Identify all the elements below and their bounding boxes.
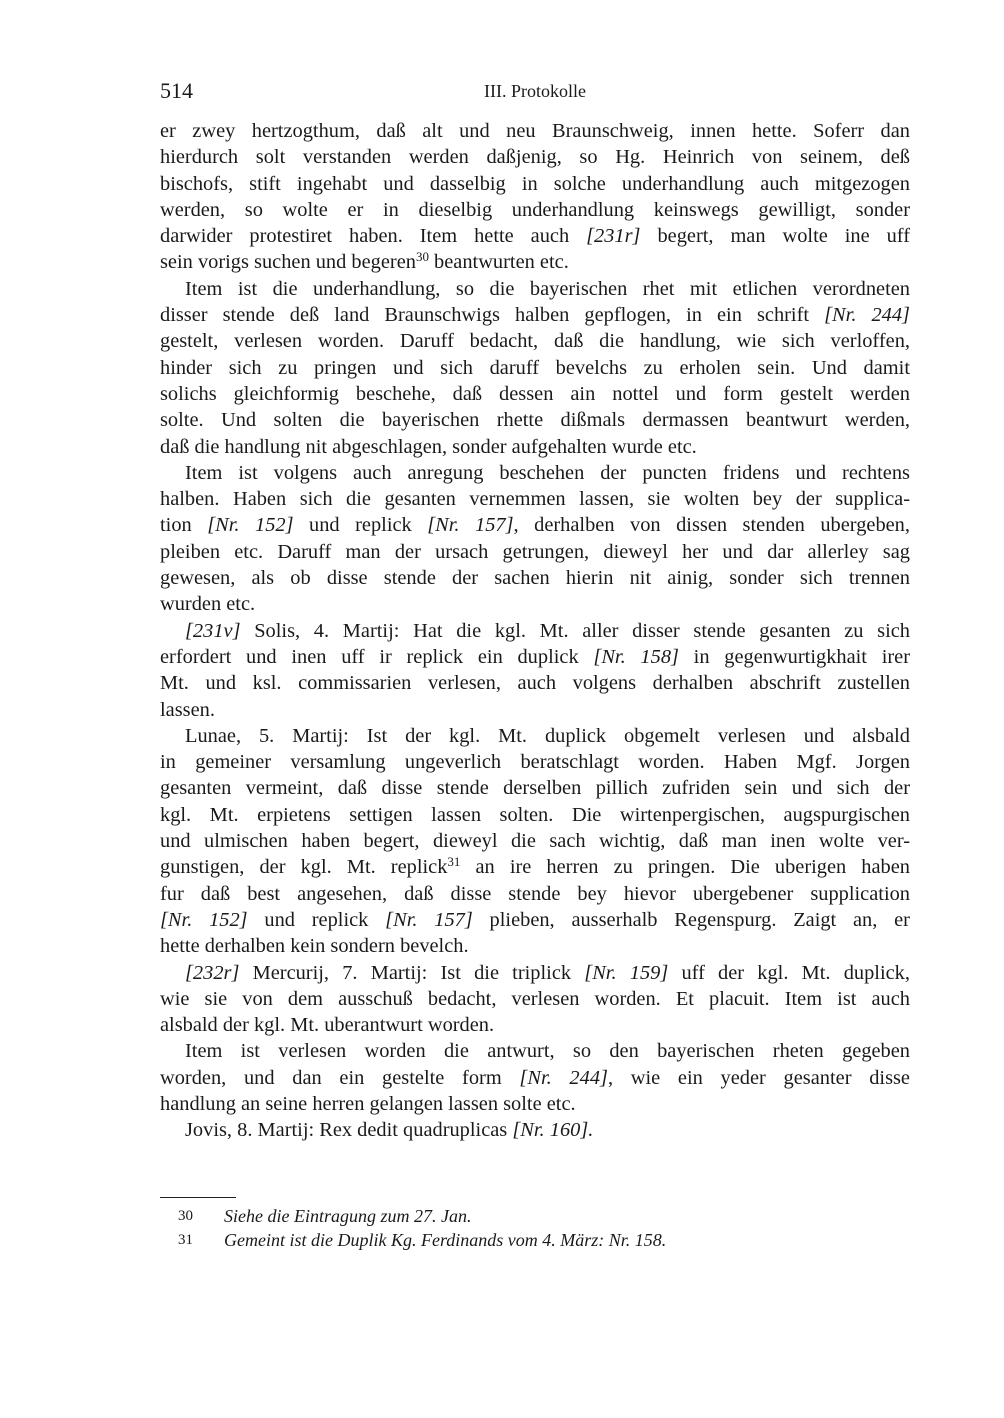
source-reference: [231r] [586, 225, 640, 247]
text-run: und replick [248, 909, 386, 931]
source-reference: [Nr. 244] [519, 1067, 608, 1089]
text-run: Item ist verlesen worden die antwurt, so… [185, 1040, 910, 1062]
text-line: halben. Haben sich die gesanten vernemme… [160, 486, 910, 512]
text-run: Mercurij, 7. Martij: Ist die triplick [239, 962, 584, 984]
text-run: Mt. und ksl. commissarien verlesen, auch… [160, 672, 910, 694]
paragraph: [231v] Solis, 4. Martij: Hat die kgl. Mt… [160, 618, 910, 723]
text-line: [231v] Solis, 4. Martij: Hat die kgl. Mt… [160, 618, 910, 644]
text-line: wurden etc. [160, 591, 910, 617]
text-line: disser stende deß land Braunschwigs halb… [160, 302, 910, 328]
text-run: gestelt, verlesen worden. Daruff bedacht… [160, 330, 910, 352]
text-run: handlung an seine herren gelangen lassen… [160, 1093, 576, 1115]
text-line: gesanten vermeint, daß disse stende ders… [160, 775, 910, 801]
footnote-31: 31Gemeint ist die Duplik Kg. Ferdinands … [160, 1228, 910, 1252]
source-reference: [Nr. 157] [385, 909, 473, 931]
text-line: kgl. Mt. erpietens settigen lassen solte… [160, 802, 910, 828]
text-run: werden, so wolte er in dieselbig underha… [160, 199, 910, 221]
text-run: sein vorigs suchen und begeren [160, 251, 416, 273]
text-run: worden, und dan ein gestelte form [160, 1067, 519, 1089]
source-reference: [Nr. 152] [160, 909, 248, 931]
text-run: begert, man wolte ine uff [641, 225, 911, 247]
text-line: sein vorigs suchen und begeren30 beantwu… [160, 249, 910, 275]
text-line: gestelt, verlesen worden. Daruff bedacht… [160, 328, 910, 354]
text-line: hette derhalben kein sondern bevelch. [160, 933, 910, 959]
text-run: hinder sich zu pringen und sich daruff b… [160, 357, 910, 379]
footnotes: 30Siehe die Eintragung zum 27. Jan. 31Ge… [160, 1204, 910, 1252]
footnote-marker: 31 [447, 854, 460, 869]
running-head: III. Protokolle [160, 81, 910, 102]
text-run: erfordert und inen uff ir replick ein du… [160, 646, 593, 668]
text-run: gewesen, als ob disse stende der sachen … [160, 567, 910, 589]
text-line: Lunae, 5. Martij: Ist der kgl. Mt. dupli… [160, 723, 910, 749]
text-run: Solis, 4. Martij: Hat die kgl. Mt. aller… [241, 620, 910, 642]
footnote-30: 30Siehe die Eintragung zum 27. Jan. [160, 1204, 910, 1228]
paragraph: er zwey hertzogthum, daß alt und neu Bra… [160, 118, 910, 276]
text-line: tion [Nr. 152] und replick [Nr. 157], de… [160, 512, 910, 538]
text-line: wie sie von dem ausschuß bedacht, verles… [160, 986, 910, 1012]
source-reference: [Nr. 157] [427, 514, 513, 536]
text-run: alsbald der kgl. Mt. uberantwurt worden. [160, 1014, 494, 1036]
text-line: Mt. und ksl. commissarien verlesen, auch… [160, 670, 910, 696]
text-line: alsbald der kgl. Mt. uberantwurt worden. [160, 1012, 910, 1038]
text-run: lassen. [160, 699, 215, 721]
paragraph: Item ist die underhandlung, so die bayer… [160, 276, 910, 460]
text-run: gesanten vermeint, daß disse stende ders… [160, 777, 910, 799]
paragraph: Item ist verlesen worden die antwurt, so… [160, 1038, 910, 1117]
text-line: Item ist verlesen worden die antwurt, so… [160, 1038, 910, 1064]
text-run: solichs gleichformig beschehe, daß desse… [160, 383, 910, 405]
text-run: beantwurten etc. [429, 251, 569, 273]
text-line: bischofs, stift ingehabt und dasselbig i… [160, 171, 910, 197]
text-run: halben. Haben sich die gesanten vernemme… [160, 488, 910, 510]
source-reference: [Nr. 160]. [512, 1119, 593, 1141]
source-reference: [Nr. 159] [584, 962, 668, 984]
source-reference: [Nr. 244] [824, 304, 910, 326]
text-line: [232r] Mercurij, 7. Martij: Ist die trip… [160, 960, 910, 986]
text-line: darwider protestiret haben. Item hette a… [160, 223, 910, 249]
text-run: in gemeiner versamlung ungeverlich berat… [160, 751, 910, 773]
text-run: in gegenwurtigkhait irer [679, 646, 910, 668]
page-header: 514 III. Protokolle [160, 78, 910, 108]
text-run: , derhalben von dissen stenden ubergeben… [514, 514, 910, 536]
source-reference: [Nr. 158] [593, 646, 679, 668]
text-line: daß die handlung nit abgeschlagen, sonde… [160, 434, 910, 460]
text-line: [Nr. 152] und replick [Nr. 157] plieben,… [160, 907, 910, 933]
text-run: er zwey hertzogthum, daß alt und neu Bra… [160, 120, 910, 142]
paragraph: Item ist volgens auch anregung beschehen… [160, 460, 910, 618]
text-run: Item ist volgens auch anregung beschehen… [185, 462, 910, 484]
text-line: fur daß best angesehen, daß disse stende… [160, 881, 910, 907]
text-run: darwider protestiret haben. Item hette a… [160, 225, 586, 247]
footnote-text: Siehe die Eintragung zum 27. Jan. [224, 1206, 471, 1226]
text-run: , wie ein yeder gesanter disse [608, 1067, 910, 1089]
footnote-number: 30 [160, 1204, 224, 1228]
text-line: er zwey hertzogthum, daß alt und neu Bra… [160, 118, 910, 144]
text-line: und ulmischen haben begert, dieweyl die … [160, 828, 910, 854]
source-reference: [231v] [185, 620, 241, 642]
text-run: fur daß best angesehen, daß disse stende… [160, 883, 910, 905]
text-run: Lunae, 5. Martij: Ist der kgl. Mt. dupli… [185, 725, 910, 747]
text-line: gunstigen, der kgl. Mt. replick31 an ire… [160, 854, 910, 880]
text-run: Item ist die underhandlung, so die bayer… [185, 278, 910, 300]
text-run: an ire herren zu pringen. Die uberigen h… [460, 856, 910, 878]
footnote-separator [160, 1197, 236, 1198]
text-run: tion [160, 514, 207, 536]
source-reference: [Nr. 152] [207, 514, 293, 536]
text-line: Item ist volgens auch anregung beschehen… [160, 460, 910, 486]
text-run: gunstigen, der kgl. Mt. replick [160, 856, 447, 878]
main-text: er zwey hertzogthum, daß alt und neu Bra… [160, 118, 910, 1144]
text-line: handlung an seine herren gelangen lassen… [160, 1091, 910, 1117]
text-run: bischofs, stift ingehabt und dasselbig i… [160, 173, 910, 195]
text-run: wie sie von dem ausschuß bedacht, verles… [160, 988, 910, 1010]
text-run: kgl. Mt. erpietens settigen lassen solte… [160, 804, 910, 826]
text-line: hierdurch solt verstanden werden daßjeni… [160, 144, 910, 170]
text-run: disser stende deß land Braunschwigs halb… [160, 304, 824, 326]
text-run: plieben, ausserhalb Regenspurg. Zaigt an… [473, 909, 910, 931]
text-line: erfordert und inen uff ir replick ein du… [160, 644, 910, 670]
text-line: pleiben etc. Daruff man der ursach getru… [160, 539, 910, 565]
text-line: in gemeiner versamlung ungeverlich berat… [160, 749, 910, 775]
source-reference: [232r] [185, 962, 239, 984]
text-run: und replick [294, 514, 428, 536]
text-line: solichs gleichformig beschehe, daß desse… [160, 381, 910, 407]
text-run: Jovis, 8. Martij: Rex dedit quadruplicas [185, 1119, 512, 1141]
text-run: und ulmischen haben begert, dieweyl die … [160, 830, 910, 852]
text-line: solte. Und solten die bayerischen rhette… [160, 407, 910, 433]
paragraph: Lunae, 5. Martij: Ist der kgl. Mt. dupli… [160, 723, 910, 960]
text-run: hierdurch solt verstanden werden daßjeni… [160, 146, 910, 168]
text-line: gewesen, als ob disse stende der sachen … [160, 565, 910, 591]
text-run: uff der kgl. Mt. duplick, [668, 962, 910, 984]
text-run: pleiben etc. Daruff man der ursach getru… [160, 541, 910, 563]
paragraph: [232r] Mercurij, 7. Martij: Ist die trip… [160, 960, 910, 1039]
text-run: daß die handlung nit abgeschlagen, sonde… [160, 436, 697, 458]
footnote-number: 31 [160, 1228, 224, 1252]
text-line: Jovis, 8. Martij: Rex dedit quadruplicas… [160, 1117, 910, 1143]
text-run: wurden etc. [160, 593, 255, 615]
text-line: Item ist die underhandlung, so die bayer… [160, 276, 910, 302]
text-run: solte. Und solten die bayerischen rhette… [160, 409, 910, 431]
text-line: werden, so wolte er in dieselbig underha… [160, 197, 910, 223]
text-line: worden, und dan ein gestelte form [Nr. 2… [160, 1065, 910, 1091]
text-line: hinder sich zu pringen und sich daruff b… [160, 355, 910, 381]
paragraph: Jovis, 8. Martij: Rex dedit quadruplicas… [160, 1117, 910, 1143]
text-run: hette derhalben kein sondern bevelch. [160, 935, 469, 957]
footnote-text: Gemeint ist die Duplik Kg. Ferdinands vo… [224, 1230, 666, 1250]
text-line: lassen. [160, 697, 910, 723]
footnote-marker: 30 [416, 249, 429, 264]
